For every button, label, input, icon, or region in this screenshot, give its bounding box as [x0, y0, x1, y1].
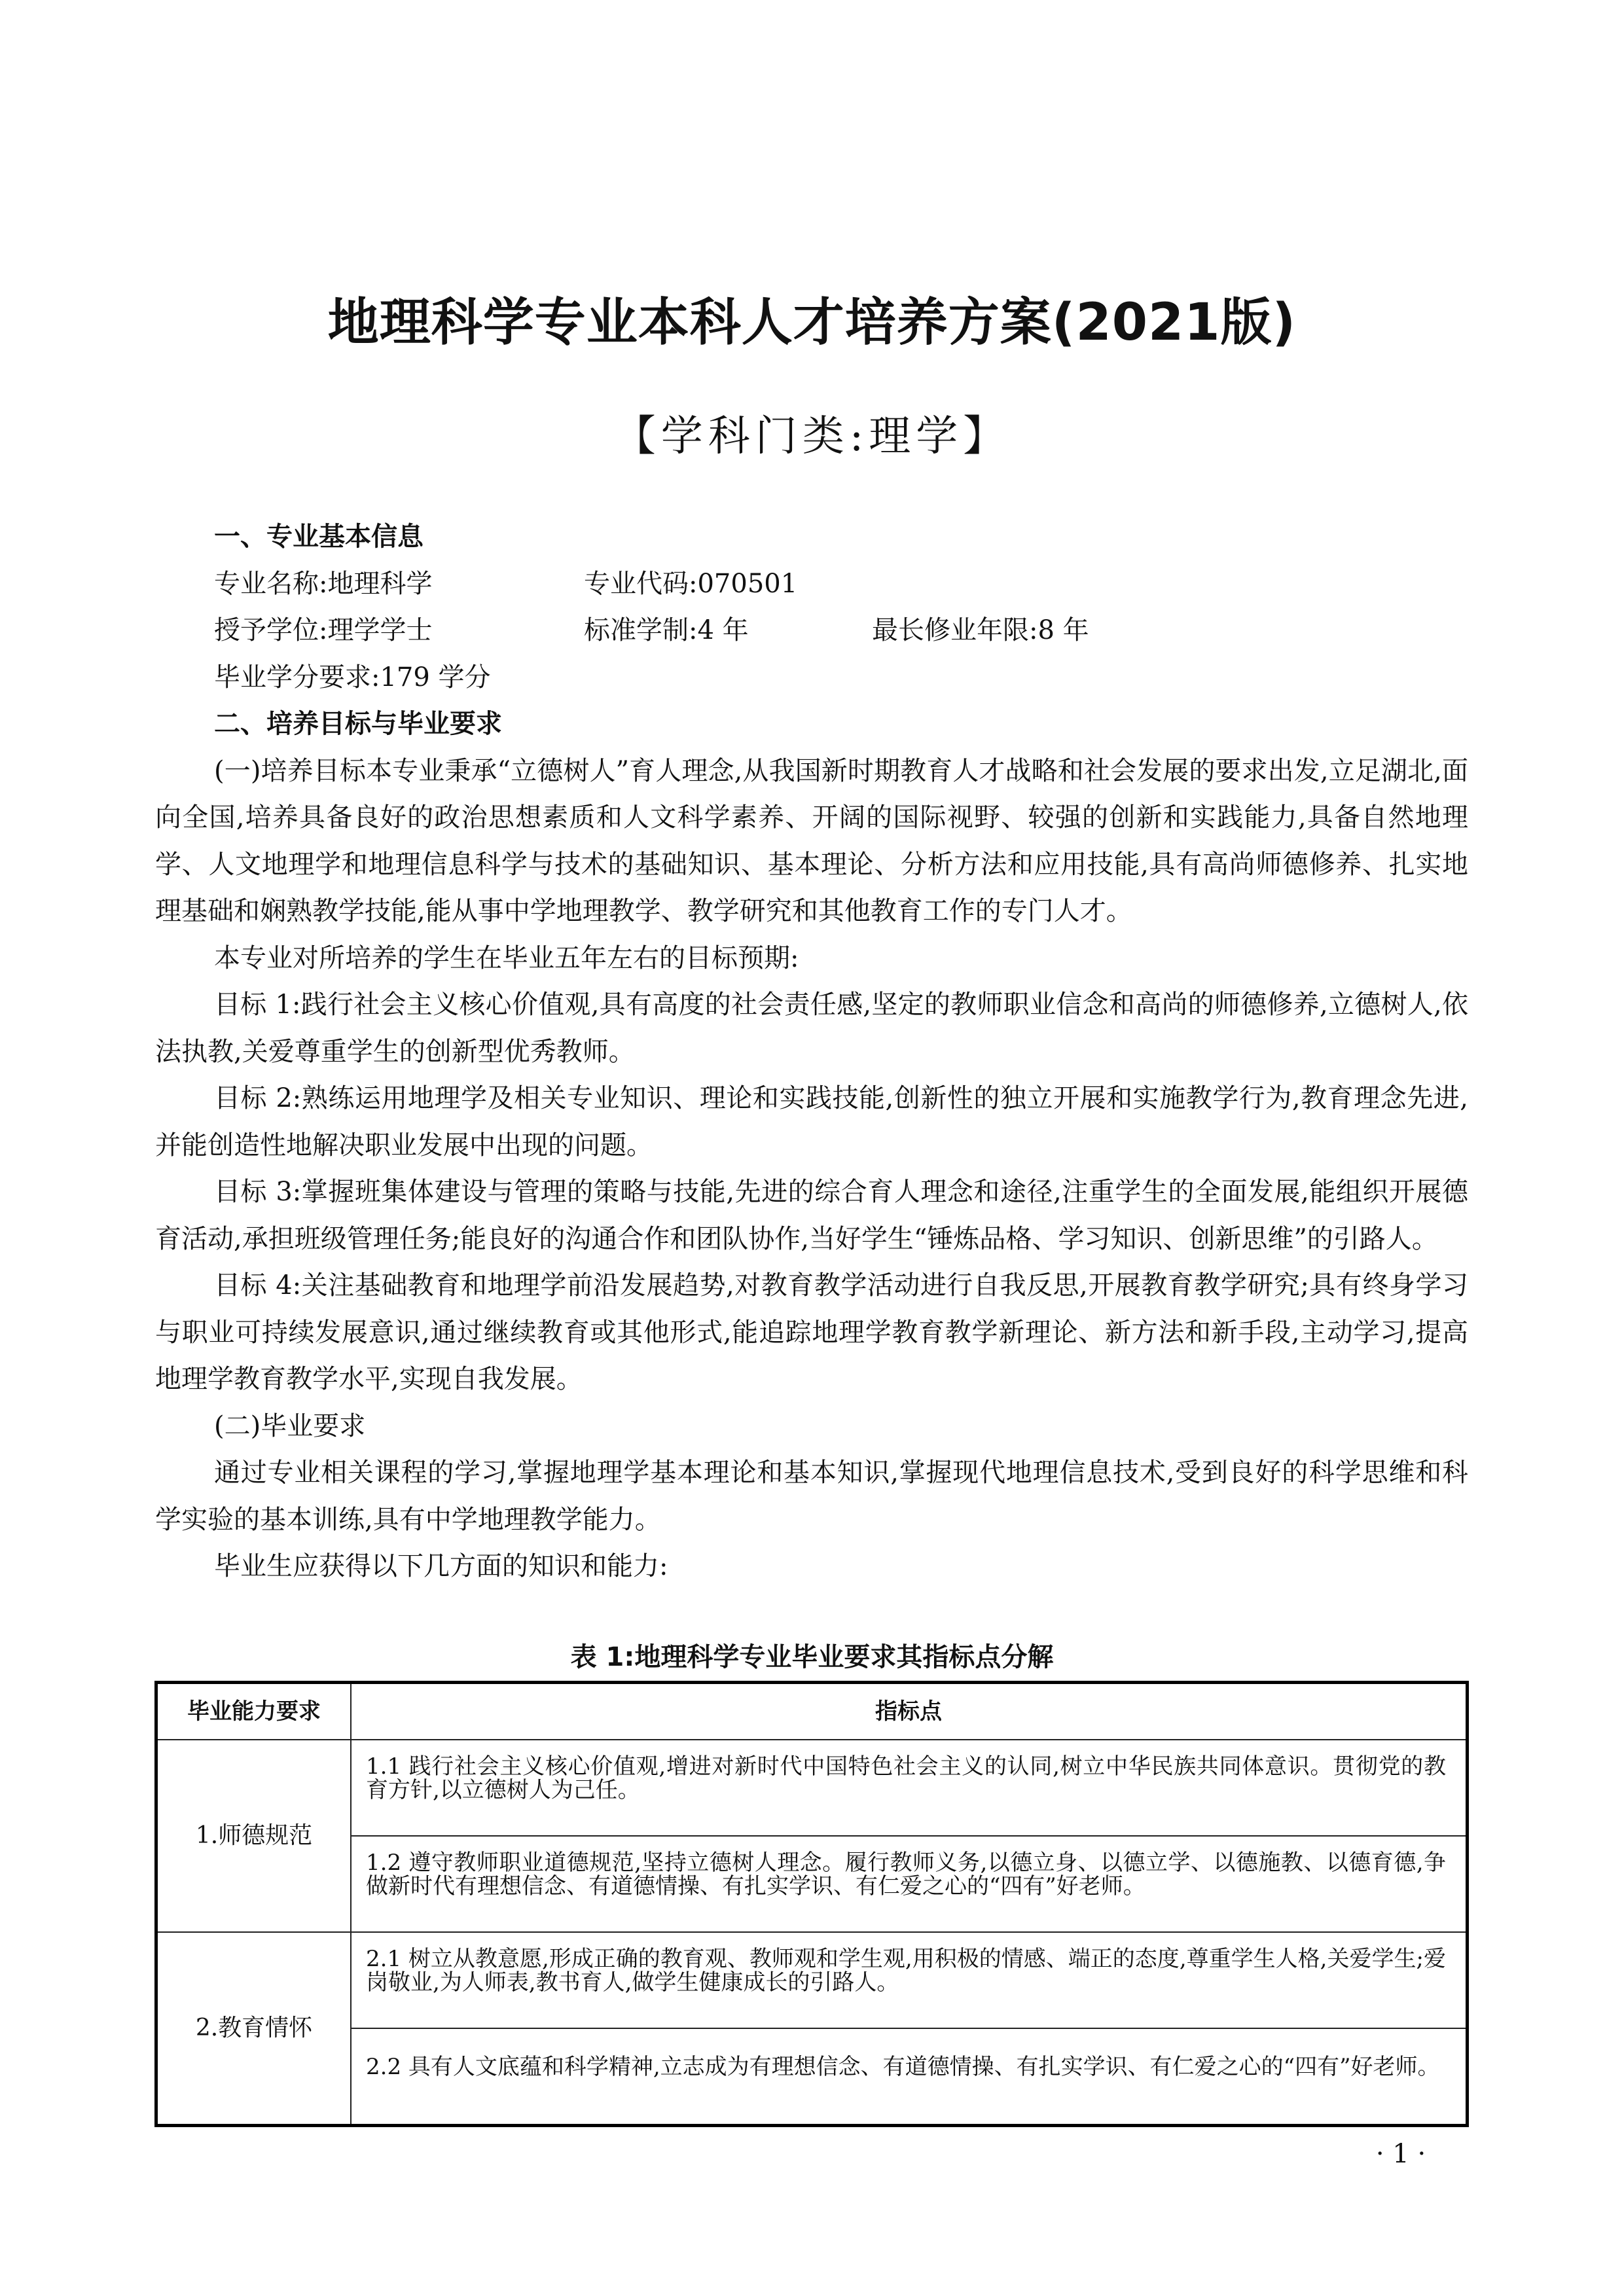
goal-2: 目标 2:熟练运用地理学及相关专业知识、理论和实践技能,创新性的独立开展和实施教…	[155, 1075, 1468, 1169]
document-body: 一、专业基本信息 专业名称:地理科学 专业代码:070501 授予学位:理学学士…	[155, 514, 1468, 1590]
requirements-subheading: (二)毕业要求	[155, 1403, 1468, 1450]
table-row: 2.教育情怀 2.1 树立从教意愿,形成正确的教育观、教师观和学生观,用积极的情…	[156, 1932, 1468, 2028]
page-number: · 1 ·	[1368, 2139, 1434, 2169]
indicator-text: 1.2 遵守教师职业道德规范,坚持立德树人理念。履行教师义务,以德立身、以德立学…	[366, 1851, 1446, 1918]
info-row-1: 专业名称:地理科学 专业代码:070501	[155, 561, 1468, 608]
document-title: 地理科学专业本科人才培养方案(2021版)	[0, 281, 1624, 355]
indicator-cell: 2.1 树立从教意愿,形成正确的教育观、教师观和学生观,用积极的情感、端正的态度…	[351, 1932, 1468, 2028]
info-row-3: 毕业学分要求:179 学分	[155, 655, 1468, 702]
expectation-intro: 本专业对所培养的学生在毕业五年左右的目标预期:	[155, 935, 1468, 982]
requirement-cell: 2.教育情怀	[156, 1932, 352, 2126]
goal-1: 目标 1:践行社会主义核心价值观,具有高度的社会责任感,坚定的教师职业信念和高尚…	[155, 982, 1468, 1075]
indicator-text: 2.2 具有人文底蕴和科学精神,立志成为有理想信念、有道德情操、有扎实学识、有仁…	[366, 2055, 1446, 2098]
indicator-text: 1.1 践行社会主义核心价值观,增进对新时代中国特色社会主义的认同,树立中华民族…	[366, 1755, 1446, 1821]
indicator-cell: 2.2 具有人文底蕴和科学精神,立志成为有理想信念、有道德情操、有扎实学识、有仁…	[351, 2028, 1468, 2126]
table-row: 1.2 遵守教师职业道德规范,坚持立德树人理念。履行教师义务,以德立身、以德立学…	[156, 1836, 1468, 1932]
standard-duration: 标准学制:4 年	[584, 607, 872, 655]
header-requirement: 毕业能力要求	[156, 1683, 352, 1740]
goal-4: 目标 4:关注基础教育和地理学前沿发展趋势,对教育教学活动进行自我反思,开展教育…	[155, 1263, 1468, 1403]
table-row: 1.师德规范 1.1 践行社会主义核心价值观,增进对新时代中国特色社会主义的认同…	[156, 1740, 1468, 1836]
table-caption: 表 1:地理科学专业毕业要求其指标点分解	[0, 1636, 1624, 1674]
requirements-intro: 毕业生应获得以下几方面的知识和能力:	[155, 1543, 1468, 1590]
max-duration: 最长修业年限:8 年	[872, 607, 1089, 655]
indicator-cell: 1.2 遵守教师职业道德规范,坚持立德树人理念。履行教师义务,以德立身、以德立学…	[351, 1836, 1468, 1932]
header-indicator: 指标点	[351, 1683, 1468, 1740]
graduation-requirements-table: 毕业能力要求 指标点 1.师德规范 1.1 践行社会主义核心价值观,增进对新时代…	[154, 1681, 1469, 2127]
section-heading-objectives: 二、培养目标与毕业要求	[155, 701, 1468, 748]
credit-requirement: 毕业学分要求:179 学分	[214, 655, 491, 702]
info-row-2: 授予学位:理学学士 标准学制:4 年 最长修业年限:8 年	[155, 607, 1468, 655]
indicator-text: 2.1 树立从教意愿,形成正确的教育观、教师观和学生观,用积极的情感、端正的态度…	[366, 1947, 1446, 2014]
major-code: 专业代码:070501	[584, 561, 872, 608]
section-heading-basic-info: 一、专业基本信息	[155, 514, 1468, 561]
objective-paragraph: (一)培养目标本专业秉承“立德树人”育人理念,从我国新时期教育人才战略和社会发展…	[155, 748, 1468, 935]
major-name: 专业名称:地理科学	[214, 561, 584, 608]
requirements-paragraph: 通过专业相关课程的学习,掌握地理学基本理论和基本知识,掌握现代地理信息技术,受到…	[155, 1450, 1468, 1543]
requirement-cell: 1.师德规范	[156, 1740, 352, 1932]
discipline-subtitle: 【学科门类:理学】	[0, 403, 1624, 463]
table-row: 2.2 具有人文底蕴和科学精神,立志成为有理想信念、有道德情操、有扎实学识、有仁…	[156, 2028, 1468, 2126]
goal-3: 目标 3:掌握班集体建设与管理的策略与技能,先进的综合育人理念和途径,注重学生的…	[155, 1169, 1468, 1263]
degree: 授予学位:理学学士	[214, 607, 584, 655]
indicator-cell: 1.1 践行社会主义核心价值观,增进对新时代中国特色社会主义的认同,树立中华民族…	[351, 1740, 1468, 1836]
table-header-row: 毕业能力要求 指标点	[156, 1683, 1468, 1740]
